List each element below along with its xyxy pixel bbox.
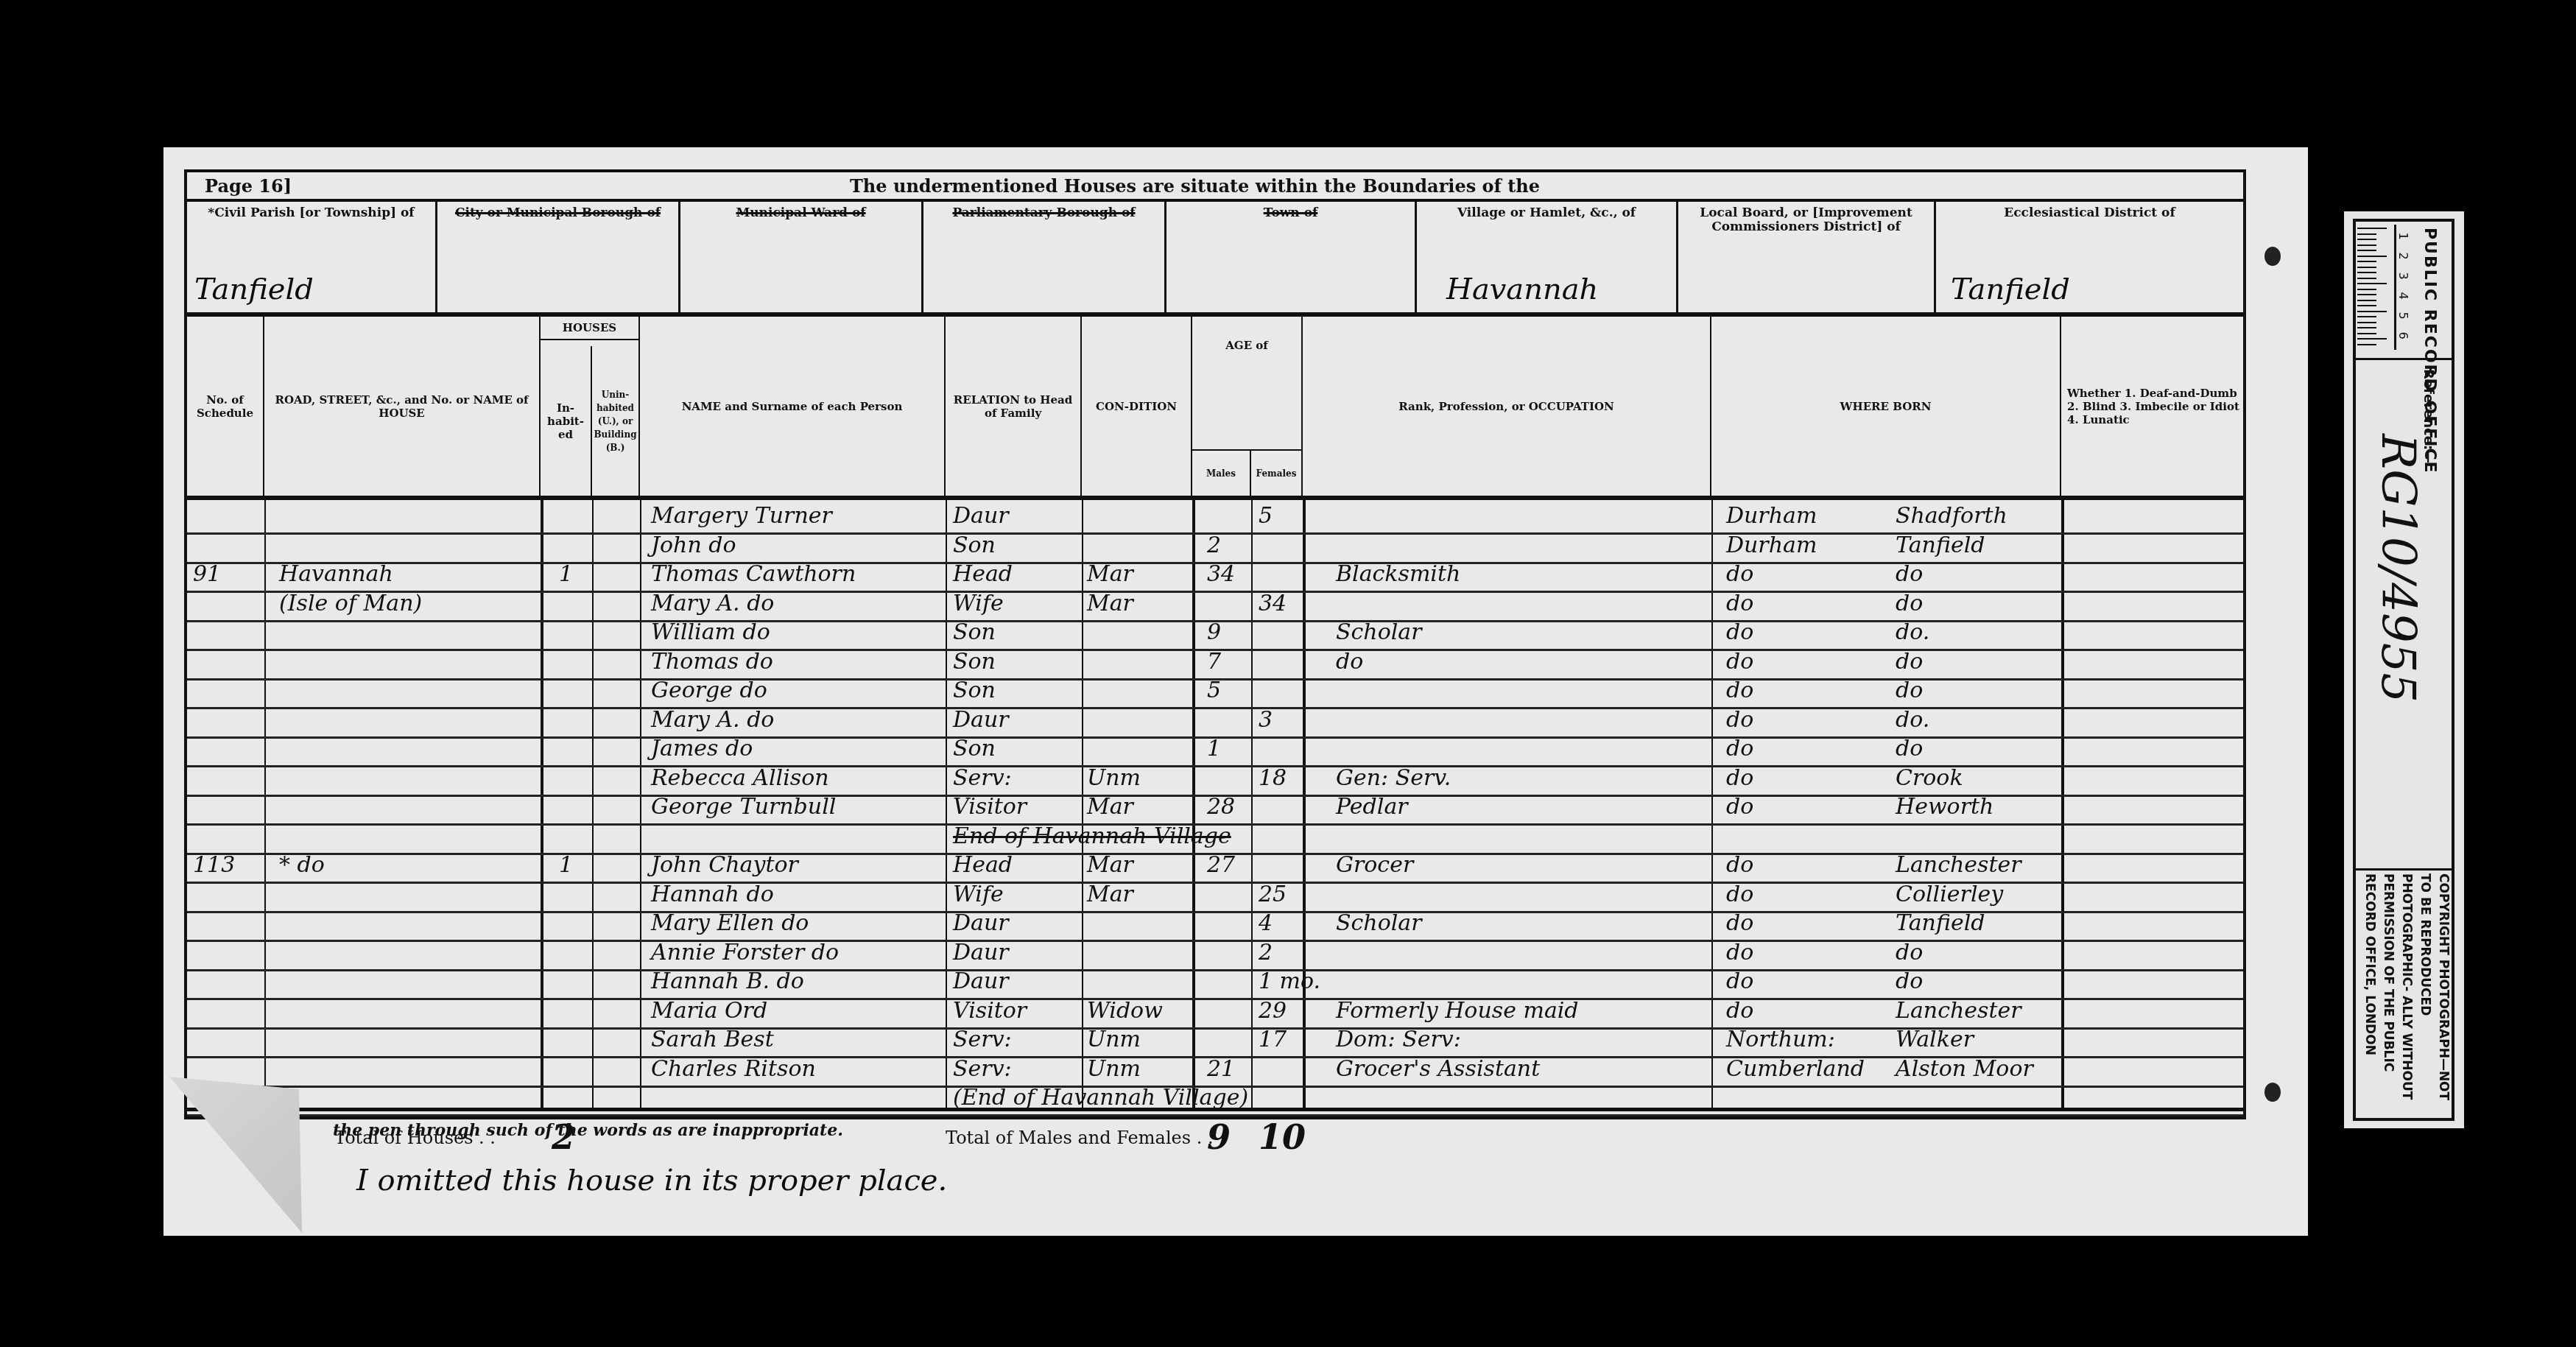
reference-box: Reference:— RG10/4955 (2356, 358, 2452, 871)
cell-female: 29 (1259, 995, 1287, 1027)
cell-born-place: do (1896, 588, 1923, 620)
ruler-tick (2357, 316, 2376, 317)
admin-municipal-borough: City or Municipal Borough of (437, 202, 680, 312)
ruler-number: 6 (2396, 331, 2410, 339)
cell-name: James do (651, 733, 753, 765)
cell-born-place: do (1896, 966, 1923, 998)
cell-female: 1 mo. (1259, 966, 1320, 998)
boundaries-title: The undermentioned Houses are situate wi… (850, 175, 1540, 197)
civil-parish-value: Tanfield (194, 272, 314, 306)
cell-born-county: do (1726, 879, 1753, 911)
cell-female: 3 (1259, 704, 1273, 736)
cell-condition: Mar (1087, 558, 1133, 591)
cell-relation: Daur (953, 966, 1009, 998)
cell-born-place: Heworth (1896, 791, 1993, 823)
admin-local-board: Local Board, or [Improvement Commissione… (1678, 202, 1936, 312)
cell-name: Thomas Cawthorn (651, 558, 856, 591)
col-inhabited: In-habit-ed (541, 346, 592, 496)
cell-female: 17 (1259, 1024, 1287, 1056)
census-page: Page 16] The undermentioned Houses are s… (163, 147, 2308, 1236)
cell-born-county: do (1726, 704, 1753, 736)
form-title-bar: Page 16] The undermentioned Houses are s… (187, 172, 2243, 202)
cell-male: 27 (1207, 849, 1235, 882)
ruler-tick (2357, 233, 2376, 235)
cell-inhabited: 1 (559, 558, 573, 591)
cell-relation: Wife (953, 588, 1004, 620)
cell-born-place: Lanchester (1896, 849, 2021, 882)
ruler-tick (2357, 305, 2376, 306)
cell-born-county: do (1726, 616, 1753, 649)
cell-occupation: Scholar (1336, 616, 1422, 649)
cell-relation: Wife (953, 879, 1004, 911)
cell-male: 1 (1207, 733, 1221, 765)
cell-occupation: Gen: Serv. (1336, 762, 1451, 795)
reference-value: RG10/4955 (2371, 434, 2425, 703)
enumerator-remark: I omitted this house in its proper place… (356, 1164, 947, 1197)
public-record-office-card: 123456 PUBLIC RECORD OFFICE Reference:— … (2344, 211, 2464, 1128)
cell-born-county: Durham (1726, 500, 1817, 532)
cell-condition: Unm (1087, 762, 1141, 795)
footnote: the pen through such of the words as are… (333, 1121, 843, 1140)
cell-born-county: do (1726, 937, 1753, 969)
cell-relation: Daur (953, 937, 1009, 969)
cell-born-county: do (1726, 995, 1753, 1027)
census-form-frame: Page 16] The undermentioned Houses are s… (184, 169, 2246, 1119)
ruler-number: 5 (2396, 312, 2410, 319)
cell-relation: Daur (953, 500, 1009, 532)
col-relation: RELATION to Head of Family (946, 317, 1082, 496)
ruler-tick (2357, 283, 2387, 284)
cell-born-place: do. (1896, 616, 1929, 649)
cell-female: 4 (1259, 907, 1273, 940)
ruler-tick (2357, 228, 2387, 229)
cell-inhabited: 1 (559, 849, 573, 882)
cell-born-place: do (1896, 733, 1923, 765)
cell-female: 25 (1259, 879, 1287, 911)
admin-ecclesiastical-district: Ecclesiastical District of Tanfield (1936, 202, 2243, 312)
cell-relation: Son (953, 646, 996, 678)
ruler-number: 3 (2396, 272, 2410, 279)
ruler-tick (2357, 267, 2376, 268)
cell-male: 28 (1207, 791, 1235, 823)
ruler-tick (2357, 245, 2376, 246)
cell-born-place: Crook (1896, 762, 1963, 795)
cell-occupation: do (1336, 646, 1363, 678)
cell-occupation: Scholar (1336, 907, 1422, 940)
cell-name: John Chaytor (651, 849, 798, 882)
cell-road: Havannah (279, 558, 393, 591)
ruler-number: 1 (2396, 232, 2410, 239)
ruler-tick (2357, 300, 2376, 301)
cell-born-place: do (1896, 937, 1923, 969)
cell-condition: Mar (1087, 849, 1133, 882)
ecclesiastical-value: Tanfield (1951, 272, 2070, 306)
cell-name: Mary A. do (651, 588, 774, 620)
cell-born-county: Cumberland (1726, 1053, 1865, 1086)
cell-name: Hannah do (651, 879, 774, 911)
cell-relation: Visitor (953, 995, 1027, 1027)
cell-condition: Mar (1087, 588, 1133, 620)
census-entries: Margery TurnerDaur5DurhamShadforthJohn d… (187, 500, 2243, 1111)
cell-condition: Unm (1087, 1053, 1141, 1086)
ruler-tick (2357, 294, 2376, 295)
cell-born-place: Collierley (1896, 879, 2003, 911)
cell-condition: Mar (1087, 879, 1133, 911)
cell-relation: Son (953, 675, 996, 707)
admin-parliamentary-borough: Parliamentary Borough of (923, 202, 1166, 312)
cell-born-place: Tanfield (1896, 907, 1985, 940)
col-where-born: WHERE BORN (1711, 317, 2061, 496)
cell-occupation: Blacksmith (1336, 558, 1460, 591)
cell-name: Annie Forster do (651, 937, 839, 969)
cell-schedule: 113 (193, 849, 235, 882)
col-uninhabited: Unin-habited (U.), or Building (B.) (592, 346, 640, 496)
cell-born-county: do (1726, 849, 1753, 882)
cell-born-place: do. (1896, 704, 1929, 736)
cell-occupation: Formerly House maid (1336, 995, 1579, 1027)
cell-name: George do (651, 675, 767, 707)
cell-born-place: Alston Moor (1896, 1053, 2033, 1086)
cell-born-county: do (1726, 588, 1753, 620)
cell-female: 5 (1259, 500, 1273, 532)
cell-born-county: do (1726, 733, 1753, 765)
ruler-tick (2357, 327, 2376, 328)
cell-name: Sarah Best (651, 1024, 774, 1056)
ruler-tick (2357, 239, 2376, 240)
cell-born-county: do (1726, 646, 1753, 678)
cell-male: 7 (1207, 646, 1221, 678)
ruler-tick (2357, 261, 2376, 262)
col-occupation: Rank, Profession, or OCCUPATION (1303, 317, 1711, 496)
cell-relation: Head (953, 558, 1013, 591)
cell-name: George Turnbull (651, 791, 836, 823)
ruler-tick (2357, 278, 2376, 279)
cell-occupation: Pedlar (1336, 791, 1408, 823)
cell-born-county: do (1726, 675, 1753, 707)
binding-hole (2264, 1083, 2281, 1102)
total-females-value: 10 (1259, 1117, 1306, 1157)
copyright-notice: COPYRIGHT PHOTOGRAPH—NOT TO BE REPRODUCE… (2360, 873, 2452, 1116)
cell-born-place: do (1896, 646, 1923, 678)
admin-municipal-ward: Municipal Ward of (680, 202, 923, 312)
ruler-tick (2357, 272, 2376, 273)
ruler-tick (2357, 250, 2376, 251)
cell-born-place: do (1896, 675, 1923, 707)
admin-village: Village or Hamlet, &c., of Havannah (1417, 202, 1678, 312)
cell-female: 18 (1259, 762, 1287, 795)
cell-occupation: Dom: Serv: (1336, 1024, 1461, 1056)
ruler-tick (2357, 311, 2387, 312)
cell-relation: End of Havannah Village (953, 820, 1231, 853)
cell-relation: Daur (953, 704, 1009, 736)
cell-name: William do (651, 616, 770, 649)
admin-town: Town of (1166, 202, 1417, 312)
cell-occupation: Grocer (1336, 849, 1413, 882)
cell-relation: Daur (953, 907, 1009, 940)
cell-relation: Serv: (953, 1024, 1012, 1056)
cell-relation: Son (953, 530, 996, 562)
ruler-tick (2357, 338, 2387, 340)
cell-road: (Isle of Man) (279, 588, 422, 620)
cell-name: John do (651, 530, 736, 562)
cell-condition: Widow (1087, 995, 1163, 1027)
cell-born-place: Walker (1896, 1024, 1974, 1056)
total-males-value: 9 (1207, 1117, 1231, 1157)
cell-born-county: do (1726, 762, 1753, 795)
col-schedule: No. of Schedule (187, 317, 264, 496)
col-infirmity: Whether 1. Deaf-and-Dumb 2. Blind 3. Imb… (2061, 317, 2245, 496)
cell-born-place: Lanchester (1896, 995, 2021, 1027)
cell-relation: Son (953, 616, 996, 649)
col-age-males: Males (1192, 449, 1251, 496)
cell-name: Hannah B. do (651, 966, 804, 998)
cell-born-county: do (1726, 907, 1753, 940)
admin-divisions-row: *Civil Parish [or Township] of Tanfield … (187, 202, 2243, 317)
col-road: ROAD, STREET, &c., and No. or NAME of HO… (264, 317, 541, 496)
cell-relation: Serv: (953, 762, 1012, 795)
column-headers: No. of Schedule ROAD, STREET, &c., and N… (187, 317, 2243, 500)
cell-born-county: do (1726, 558, 1753, 591)
total-persons-label: Total of Males and Females . . (946, 1128, 1214, 1148)
cell-relation: Visitor (953, 791, 1027, 823)
cell-born-county: Northum: (1726, 1024, 1835, 1056)
cell-male: 34 (1207, 558, 1235, 591)
cell-female: 2 (1259, 937, 1273, 969)
cell-male: 21 (1207, 1053, 1235, 1086)
col-condition: CON-DITION (1082, 317, 1192, 496)
cell-occupation: Grocer's Assistant (1336, 1053, 1540, 1086)
ruler-number: 4 (2396, 292, 2410, 299)
col-age-females: Females (1251, 449, 1303, 496)
cell-male: 9 (1207, 616, 1221, 649)
cell-born-place: do (1896, 558, 1923, 591)
cell-road: * do (279, 849, 325, 882)
ruler-number-box: 123456 (2394, 225, 2420, 350)
cell-name: Margery Turner (651, 500, 832, 532)
cell-born-county: do (1726, 791, 1753, 823)
cell-female: 34 (1259, 588, 1287, 620)
cell-relation: Head (953, 849, 1013, 882)
ruler-tick (2357, 322, 2376, 323)
ruler-tick (2357, 256, 2387, 257)
cell-name: Mary A. do (651, 704, 774, 736)
cell-condition: Mar (1087, 791, 1133, 823)
cell-born-county: Durham (1726, 530, 1817, 562)
cell-schedule: 91 (193, 558, 221, 591)
cell-relation: Serv: (953, 1053, 1012, 1086)
cell-male: 2 (1207, 530, 1221, 562)
cell-name: Thomas do (651, 646, 773, 678)
cell-name: Rebecca Allison (651, 762, 829, 795)
col-name: NAME and Surname of each Person (640, 317, 946, 496)
cell-relation: Son (953, 733, 996, 765)
village-value: Havannah (1446, 272, 1598, 306)
cell-male: 5 (1207, 675, 1221, 707)
ruler-number: 2 (2396, 252, 2410, 259)
cell-born-place: Shadforth (1896, 500, 2007, 532)
cell-condition: Unm (1087, 1024, 1141, 1056)
page-number: Page 16] (205, 175, 292, 197)
cell-name: Maria Ord (651, 995, 767, 1027)
cell-born-place: Tanfield (1896, 530, 1985, 562)
ruler-tick (2357, 289, 2376, 290)
ruler-tick (2357, 344, 2376, 345)
cell-name: Mary Ellen do (651, 907, 809, 940)
binding-hole (2264, 247, 2281, 266)
cell-name: Charles Ritson (651, 1053, 816, 1086)
ruler-tick (2357, 333, 2376, 334)
cell-born-county: do (1726, 966, 1753, 998)
measurement-ruler: 123456 (2357, 223, 2416, 348)
admin-civil-parish: *Civil Parish [or Township] of Tanfield (187, 202, 437, 312)
